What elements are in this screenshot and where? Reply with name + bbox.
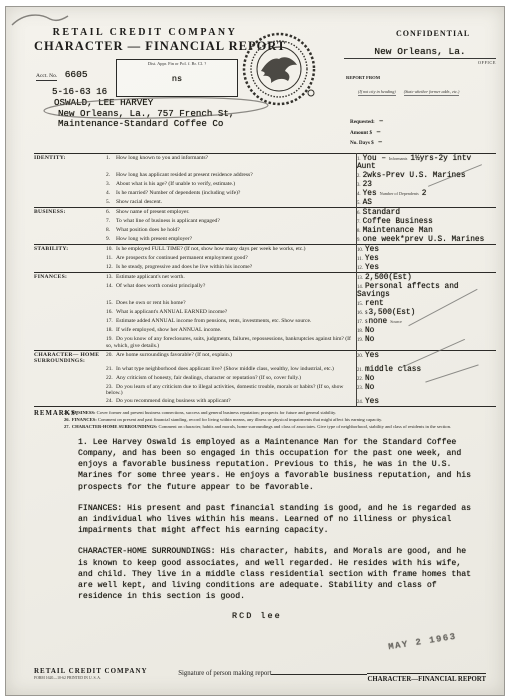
answer-note: Number of Dependents <box>380 192 419 197</box>
footer-company: RETAIL CREDIT COMPANY <box>34 667 178 675</box>
question-cell: 8.What position does he hold? <box>106 226 357 235</box>
question-text: In what type neighborhood does applicant… <box>116 366 334 372</box>
answer-note: Informants <box>389 157 407 162</box>
question-number: 18. <box>106 327 116 334</box>
answer-value: Yes <box>365 352 379 360</box>
answer-value: Coffee Business <box>363 218 433 226</box>
question-row: 12.Is he steady, progressive and does he… <box>34 263 496 273</box>
section-label <box>34 282 106 299</box>
question-text: Do you learn of any criticism due to ill… <box>106 384 343 397</box>
answer-number: 21. <box>357 368 363 373</box>
questionnaire-rows: IDENTITY: 1.How long known to you and in… <box>34 154 496 407</box>
narrative-finances: FINANCES: His present and past financial… <box>78 503 480 537</box>
question-number: 24. <box>106 398 116 405</box>
question-row: 17.Estimate added ANNUAL income from pen… <box>34 317 496 326</box>
question-row: 8.What position does he hold? 8.Maintena… <box>34 226 496 235</box>
question-cell: 21.In what type neighborhood does applic… <box>106 365 357 374</box>
section-label: IDENTITY: <box>34 154 106 172</box>
answer-number: 8. <box>357 229 361 234</box>
report-from-notes: (If not city in heading) (State whether … <box>358 89 498 96</box>
answer-value-2: 2 <box>422 190 427 198</box>
answer-number: 10. <box>357 248 363 253</box>
question-number: 19. <box>106 336 116 343</box>
page-title: CHARACTER — FINANCIAL REPORT <box>34 39 256 54</box>
question-text: Estimate added ANNUAL income from pensio… <box>116 318 311 324</box>
narrative-business: 1. Lee Harvey Oswald is employed as a Ma… <box>78 437 480 493</box>
answer-cell: 1.You –Informants1½yrs-2y intv Aunt <box>357 154 497 172</box>
section-label <box>34 235 106 245</box>
amount-value: – <box>376 128 381 137</box>
question-cell: 16.What is applicant's ANNUAL EARNED inc… <box>106 308 357 317</box>
requested-value: – <box>379 117 384 126</box>
question-text: How long has applicant resided at presen… <box>116 172 253 178</box>
answer-number: 4. <box>357 192 361 197</box>
question-text: Is he steady, progressive and does he li… <box>116 264 252 270</box>
remark-text: Comment on present and past financial st… <box>98 417 382 422</box>
answer-number: 19. <box>357 338 363 343</box>
answer-value: one week*prev U.S. Marines <box>363 236 485 244</box>
answer-prefix: $ <box>365 320 368 325</box>
days-row: No. Days $– <box>350 138 384 149</box>
answer-value: Yes <box>365 255 379 263</box>
section-label <box>34 365 106 374</box>
office-city: New Orleans, La. <box>344 46 496 59</box>
footer-title: CHARACTER—FINANCIAL REPORT <box>367 673 486 683</box>
question-row: 18.If wife employed, show her ANNUAL inc… <box>34 326 496 335</box>
question-number: 2. <box>106 172 116 179</box>
answer-number: 9. <box>357 238 361 243</box>
account-number-value: 6605 <box>65 69 88 80</box>
question-number: 4. <box>106 190 116 197</box>
answer-cell: 23.No <box>357 383 497 398</box>
question-row: 14.Of what does worth consist principall… <box>34 282 496 299</box>
question-text: Show name of present employer. <box>116 209 189 215</box>
question-row: CHARACTER— HOME SURROUNDINGS: 20.Are hom… <box>34 350 496 365</box>
answer-value: No <box>365 327 374 335</box>
question-row: 11.Are prospects for continued permanent… <box>34 254 496 263</box>
section-label <box>34 171 106 180</box>
section-label <box>34 317 106 326</box>
question-number: 21. <box>106 366 116 373</box>
question-cell: 7.To what line of business is applicant … <box>106 217 357 226</box>
answer-value: middle class <box>365 366 421 374</box>
question-row: 5.Show racial descent. 5.AS <box>34 198 496 208</box>
question-number: 16. <box>106 309 116 316</box>
section-label <box>34 299 106 308</box>
answer-prefix: $ <box>365 311 368 316</box>
answer-number: 11. <box>357 257 363 262</box>
report-from-label: REPORT FROM <box>346 75 380 80</box>
answer-number: 2. <box>357 174 361 179</box>
signature-line <box>271 668 367 675</box>
question-text: Show racial descent. <box>116 199 162 205</box>
question-cell: 3.About what is his age? (If unable to v… <box>106 180 357 189</box>
question-text: Does he own or rent his home? <box>116 300 186 306</box>
section-label <box>34 383 106 398</box>
answer-number: 1. <box>357 157 361 162</box>
answer-value: none <box>369 318 388 326</box>
answer-number: 15. <box>357 302 363 307</box>
question-cell: 15.Does he own or rent his home? <box>106 299 357 308</box>
section-label: BUSINESS: <box>34 208 106 218</box>
question-number: 1. <box>106 155 116 162</box>
question-number: 17. <box>106 318 116 325</box>
section-label <box>34 217 106 226</box>
narrative-character: CHARACTER-HOME SURROUNDINGS: His charact… <box>78 546 480 602</box>
section-label <box>34 226 106 235</box>
answer-value: 2,500(Est) <box>365 274 412 282</box>
question-number: 9. <box>106 236 116 243</box>
answer-cell: 8.Maintenance Man <box>357 226 497 235</box>
answer-value: Maintenance Man <box>363 227 433 235</box>
section-label <box>34 308 106 317</box>
remark-number: 26. <box>64 417 70 422</box>
answer-number: 13. <box>357 276 363 281</box>
answer-cell: 3.23 <box>357 180 497 189</box>
question-cell: 2.How long has applicant resided at pres… <box>106 171 357 180</box>
answer-number: 22. <box>357 377 363 382</box>
answer-cell: 4.YesNumber of Dependents2 <box>357 189 497 198</box>
question-cell: 1.How long known to you and informants? <box>106 154 357 172</box>
requested-row: Requested:– <box>350 117 384 128</box>
question-text: Are home surroundings favorable? (If not… <box>116 352 232 358</box>
question-number: 14. <box>106 283 116 290</box>
answer-value: No <box>365 384 374 392</box>
answer-cell: 19.No <box>357 335 497 350</box>
footer-company-block: RETAIL CREDIT COMPANY FORM 1620—10-62 PR… <box>34 667 178 680</box>
distribution-box-value: ns <box>117 74 237 84</box>
answer-cell: 6.Standard <box>357 208 497 218</box>
question-cell: 14.Of what does worth consist principall… <box>106 282 357 299</box>
section-label <box>34 198 106 208</box>
remark-lead: FINANCES: <box>72 417 97 422</box>
question-row: 19.Do you know of any foreclosures, suit… <box>34 335 496 350</box>
question-cell: 22.Any criticism of honesty, fair dealin… <box>106 374 357 383</box>
question-text: If wife employed, show her ANNUAL income… <box>116 327 221 333</box>
answer-number: 7. <box>357 220 361 225</box>
date-stamp: MAY 2 1963 <box>388 632 458 653</box>
answer-value: Personal affects and Savings <box>357 283 459 299</box>
question-row: 24.Do you recommend doing business with … <box>34 397 496 407</box>
section-label <box>34 189 106 198</box>
question-cell: 4.Is he married? Number of dependents (i… <box>106 189 357 198</box>
answer-value: No <box>365 375 374 383</box>
answer-value: 23 <box>363 181 372 189</box>
section-label: STABILITY: <box>34 245 106 255</box>
answer-value: rent <box>365 300 384 308</box>
office-label: OFFICE <box>344 60 496 65</box>
question-row: 21.In what type neighborhood does applic… <box>34 365 496 374</box>
answer-number: 3. <box>357 183 361 188</box>
question-text: Is he married? Number of dependents (inc… <box>116 190 240 196</box>
remark-item: 25.BUSINESS: Cover former and present bu… <box>64 410 489 415</box>
question-number: 13. <box>106 274 116 281</box>
question-number: 7. <box>106 218 116 225</box>
question-number: 12. <box>106 264 116 271</box>
section-label: CHARACTER— HOME SURROUNDINGS: <box>34 350 106 365</box>
question-cell: 20.Are home surroundings favorable? (If … <box>106 350 357 365</box>
question-cell: 11.Are prospects for continued permanent… <box>106 254 357 263</box>
answer-cell: 7.Coffee Business <box>357 217 497 226</box>
question-cell: 18.If wife employed, show her ANNUAL inc… <box>106 326 357 335</box>
answer-number: 17. <box>357 320 363 325</box>
section-label <box>34 180 106 189</box>
questionnaire-table: IDENTITY: 1.How long known to you and in… <box>34 153 496 407</box>
answer-cell: 9.one week*prev U.S. Marines <box>357 235 497 245</box>
section-label <box>34 374 106 383</box>
answer-value: No <box>365 336 374 344</box>
answer-value: Standard <box>363 209 400 217</box>
answer-number: 6. <box>357 211 361 216</box>
question-number: 20. <box>106 352 116 359</box>
answer-number: 18. <box>357 329 363 334</box>
signature-label: Signature of person making report <box>178 670 271 677</box>
remark-number: 27. <box>64 424 70 429</box>
account-number-label: Acct. No. <box>36 73 57 81</box>
pen-squiggle-mark <box>10 11 70 31</box>
answer-value: 3,500(Est) <box>369 309 416 317</box>
account-number-row: Acct. No. 6605 <box>36 69 88 80</box>
question-text: Do you know of any foreclosures, suits, … <box>106 336 351 349</box>
answer-cell: 17.$noneSource <box>357 317 497 326</box>
remarks-items: 25.BUSINESS: Cover former and present bu… <box>34 410 496 429</box>
answer-cell: 13.2,500(Est) <box>357 273 497 283</box>
answer-cell: 15.rent <box>357 299 497 308</box>
question-row: IDENTITY: 1.How long known to you and in… <box>34 154 496 172</box>
question-text: Estimate applicant's net worth. <box>116 274 185 280</box>
question-number: 22. <box>106 375 116 382</box>
pen-circle-mark <box>38 93 278 123</box>
answer-value: You – <box>363 155 386 163</box>
question-cell: 5.Show racial descent. <box>106 198 357 208</box>
section-label <box>34 397 106 407</box>
question-row: FINANCES: 13.Estimate applicant's net wo… <box>34 273 496 283</box>
question-cell: 17.Estimate added ANNUAL income from pen… <box>106 317 357 326</box>
remark-lead: CHARACTER-HOME SURROUNDINGS: <box>72 424 158 429</box>
answer-number: 5. <box>357 201 361 206</box>
answer-cell: 24.Yes <box>357 397 497 407</box>
header-left: RETAIL CREDIT COMPANY CHARACTER — FINANC… <box>34 27 256 54</box>
remark-text: Cover former and present business connec… <box>97 410 337 415</box>
report-from-note-2: (State whether former addr., etc.) <box>404 89 460 96</box>
section-label: FINANCES: <box>34 273 106 283</box>
remarks-label: REMARKS: <box>34 410 79 417</box>
question-cell: 6.Show name of present employer. <box>106 208 357 218</box>
report-initials: RCD lee <box>232 611 496 621</box>
question-row: 4.Is he married? Number of dependents (i… <box>34 189 496 198</box>
question-text: Any criticism of honesty, fair dealings,… <box>116 375 301 381</box>
question-text: How long known to you and informants? <box>116 155 208 161</box>
question-row: 23.Do you learn of any criticism due to … <box>34 383 496 398</box>
distribution-box-caption: Dist. Appr. Fin or Pol. f. Br. Cl. ? <box>117 61 237 66</box>
document-page: RETAIL CREDIT COMPANY CHARACTER — FINANC… <box>5 6 505 696</box>
remark-text: Comment on character, habits and morals,… <box>159 424 451 429</box>
question-text: Do you recommend doing business with app… <box>116 398 231 404</box>
section-label <box>34 254 106 263</box>
question-cell: 24.Do you recommend doing business with … <box>106 397 357 407</box>
footer-form-number: FORM 1620—10-62 PRINTED IN U. S. A. <box>34 676 178 680</box>
question-number: 6. <box>106 209 116 216</box>
question-text: What position does he hold? <box>116 227 180 233</box>
answer-cell: 5.AS <box>357 198 497 208</box>
days-value: – <box>378 138 383 147</box>
question-row: 7.To what line of business is applicant … <box>34 217 496 226</box>
header-right: CONFIDENTIAL New Orleans, La. OFFICE <box>344 29 496 65</box>
question-number: 11. <box>106 255 116 262</box>
question-text: To what line of business is applicant en… <box>116 218 220 224</box>
answer-number: 12. <box>357 266 363 271</box>
question-text: Is he employed FULL TIME? (If not, show … <box>116 246 306 252</box>
question-cell: 12.Is he steady, progressive and does he… <box>106 263 357 273</box>
question-number: 15. <box>106 300 116 307</box>
section-label <box>34 263 106 273</box>
answer-value: Yes <box>365 246 379 254</box>
answer-number: 16. <box>357 311 363 316</box>
answer-number: 24. <box>357 400 363 405</box>
section-label <box>34 335 106 350</box>
footer: RETAIL CREDIT COMPANY FORM 1620—10-62 PR… <box>34 667 486 683</box>
answer-note: Source <box>390 320 402 325</box>
signature-row: Signature of person making report <box>178 667 367 677</box>
answer-number: 20. <box>357 354 363 359</box>
question-cell: 13.Estimate applicant's net worth. <box>106 273 357 283</box>
remark-item: 26.FINANCES: Comment on present and past… <box>64 417 489 422</box>
question-cell: 10.Is he employed FULL TIME? (If not, sh… <box>106 245 357 255</box>
answer-cell: 20.Yes <box>357 350 497 365</box>
question-row: 9.How long with present employer? 9.one … <box>34 235 496 245</box>
question-text: Are prospects for continued permanent em… <box>116 255 248 261</box>
question-row: BUSINESS: 6.Show name of present employe… <box>34 208 496 218</box>
answer-cell: 2.2wks-Prev U.S. Marines <box>357 171 497 180</box>
question-number: 5. <box>106 199 116 206</box>
question-number: 3. <box>106 181 116 188</box>
answer-number: 23. <box>357 386 363 391</box>
question-text: Of what does worth consist principally? <box>116 283 205 289</box>
question-row: 15.Does he own or rent his home? 15.rent <box>34 299 496 308</box>
question-row: STABILITY: 10.Is he employed FULL TIME? … <box>34 245 496 255</box>
section-label <box>34 326 106 335</box>
question-text: What is applicant's ANNUAL EARNED income… <box>116 309 227 315</box>
question-cell: 9.How long with present employer? <box>106 235 357 245</box>
main-content: IDENTITY: 1.How long known to you and in… <box>34 153 496 621</box>
answer-value: Yes <box>365 398 379 406</box>
question-row: 3.About what is his age? (If unable to v… <box>34 180 496 189</box>
answer-value: AS <box>363 199 372 207</box>
answer-cell: 11.Yes <box>357 254 497 263</box>
report-from-note-1: (If not city in heading) <box>358 89 396 96</box>
question-cell: 23.Do you learn of any criticism due to … <box>106 383 357 398</box>
question-text: How long with present employer? <box>116 236 192 242</box>
answer-number: 14. <box>357 285 363 290</box>
request-block: Requested:– Amount $– No. Days $– <box>350 117 384 149</box>
answer-cell: 10.Yes <box>357 245 497 255</box>
confidential-label: CONFIDENTIAL <box>396 29 496 38</box>
amount-row: Amount $– <box>350 128 384 139</box>
answer-cell: 18.No <box>357 326 497 335</box>
remarks-section: REMARKS: 25.BUSINESS: Cover former and p… <box>34 410 496 429</box>
answer-value: Yes <box>365 264 379 272</box>
question-cell: 19.Do you know of any foreclosures, suit… <box>106 335 357 350</box>
answer-cell: 12.Yes <box>357 263 497 273</box>
answer-value: Yes <box>363 190 377 198</box>
remark-item: 27.CHARACTER-HOME SURROUNDINGS: Comment … <box>64 424 489 429</box>
question-row: 2.How long has applicant resided at pres… <box>34 171 496 180</box>
question-number: 8. <box>106 227 116 234</box>
question-text: About what is his age? (If unable to ver… <box>116 181 235 187</box>
question-number: 10. <box>106 246 116 253</box>
